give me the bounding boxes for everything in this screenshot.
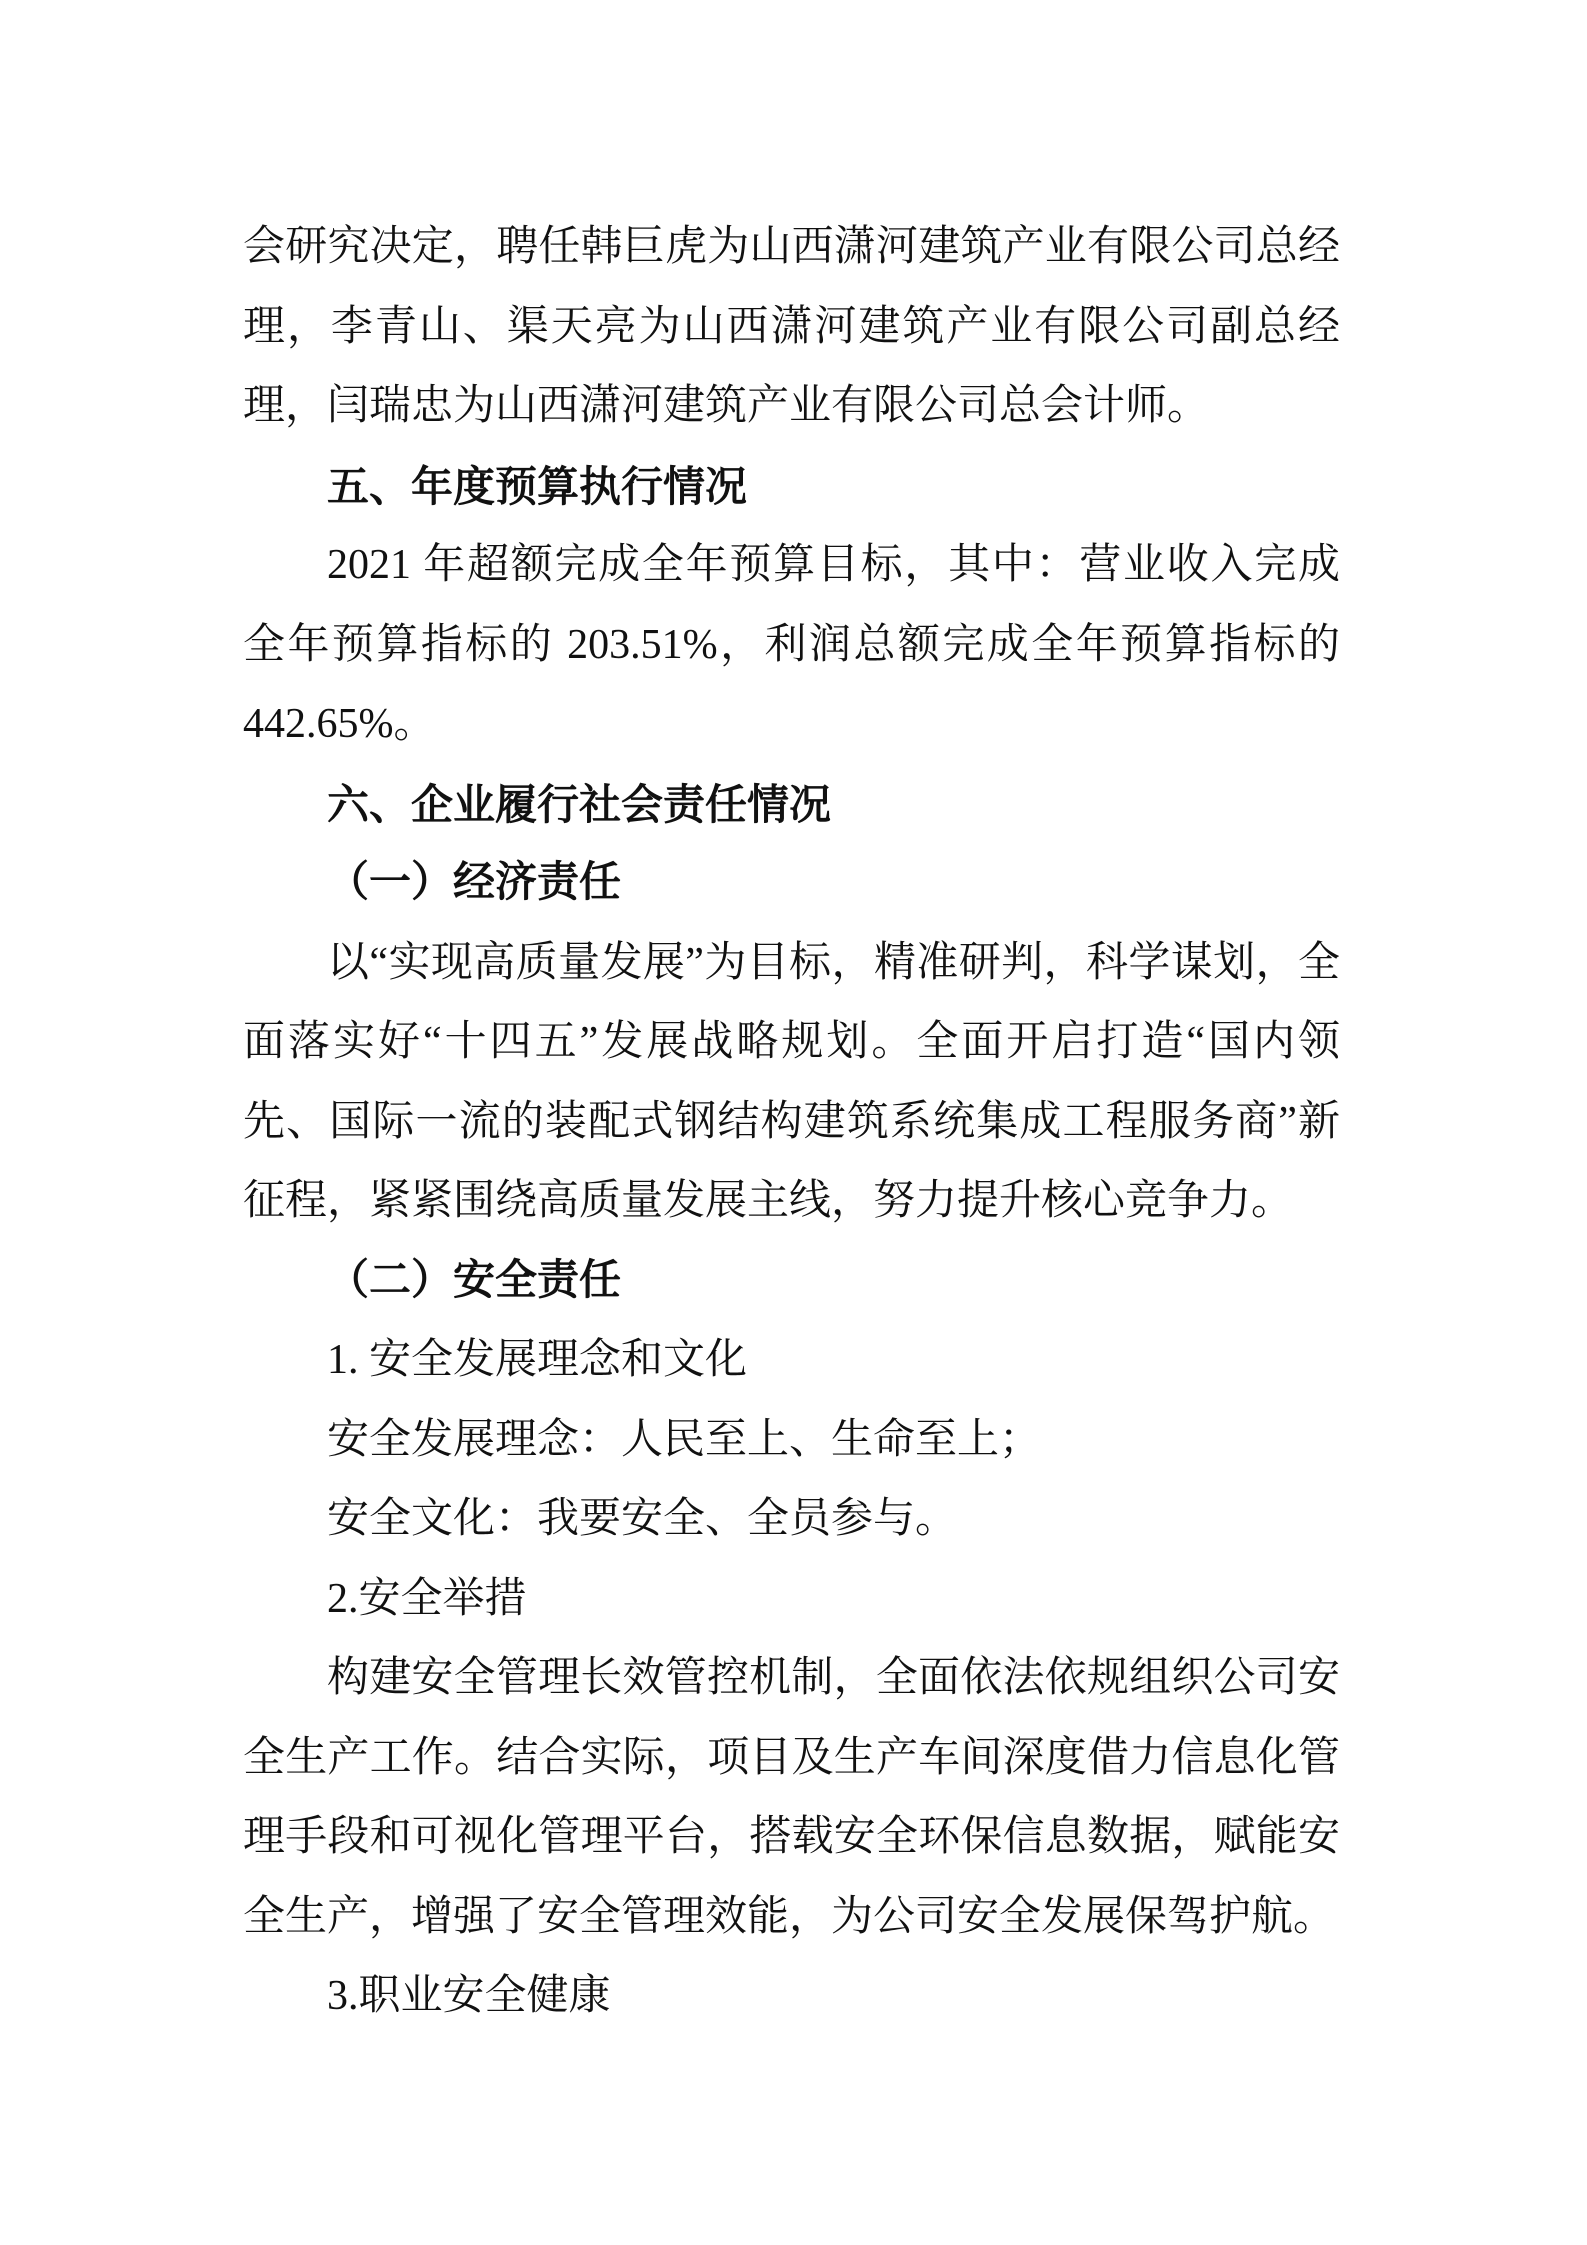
paragraph-budget-results: 2021 年超额完成全年预算目标，其中：营业收入完成全年预算指标的 203.51…: [243, 526, 1340, 765]
subheading-safety-responsibility: （二）安全责任: [243, 1242, 1340, 1322]
line-item-2-safety-measures: 2.安全举措: [243, 1560, 1340, 1640]
line-item-1-safety-concept-and-culture: 1. 安全发展理念和文化: [243, 1321, 1340, 1401]
subheading-economic-responsibility: （一）经济责任: [243, 844, 1340, 924]
heading-section-6-social-responsibility: 六、企业履行社会责任情况: [243, 765, 1340, 845]
line-safety-culture: 安全文化：我要安全、全员参与。: [243, 1480, 1340, 1560]
document-page: 会研究决定，聘任韩巨虎为山西潇河建筑产业有限公司总经理，李青山、渠天亮为山西潇河…: [0, 0, 1587, 2245]
line-item-3-occupational-safety-health: 3.职业安全健康: [243, 1957, 1340, 2037]
paragraph-executive-appointments: 会研究决定，聘任韩巨虎为山西潇河建筑产业有限公司总经理，李青山、渠天亮为山西潇河…: [243, 208, 1340, 447]
paragraph-safety-measures: 构建安全管理长效管控机制，全面依法依规组织公司安全生产工作。结合实际，项目及生产…: [243, 1639, 1340, 1957]
paragraph-economic-responsibility: 以“实现高质量发展”为目标，精准研判，科学谋划，全面落实好“十四五”发展战略规划…: [243, 924, 1340, 1242]
heading-section-5-budget-execution: 五、年度预算执行情况: [243, 447, 1340, 527]
line-safety-development-concept: 安全发展理念：人民至上、生命至上；: [243, 1401, 1340, 1481]
